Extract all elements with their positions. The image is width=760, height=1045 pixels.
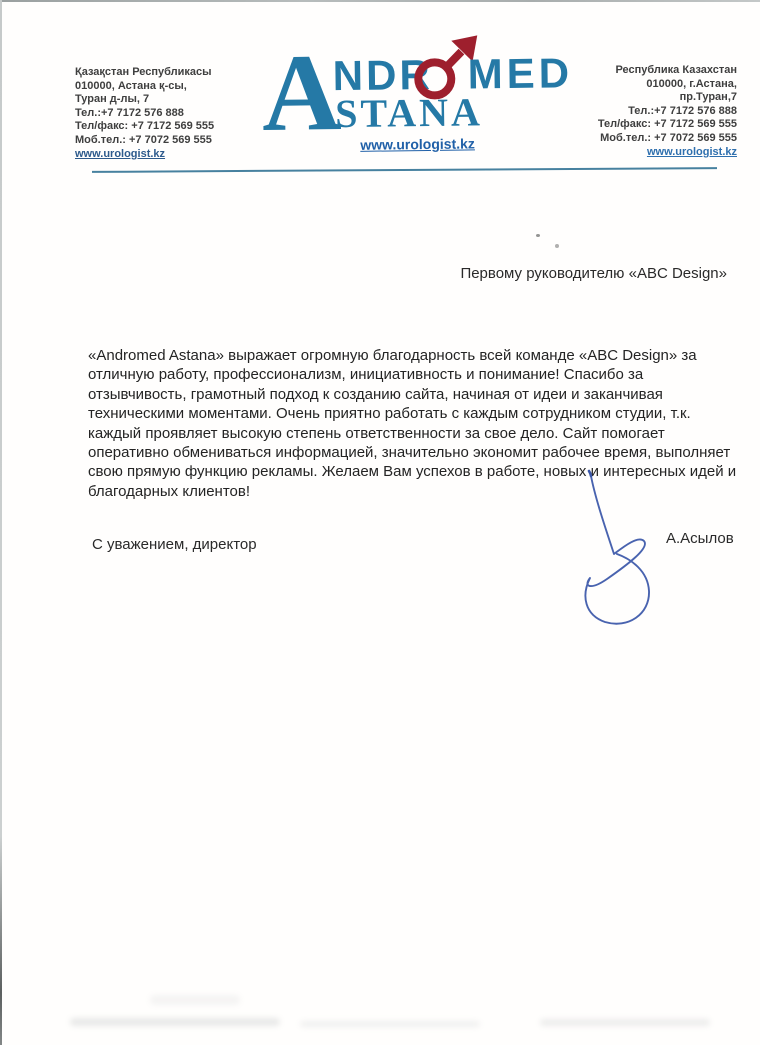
website-link: www.urologist.kz xyxy=(647,146,737,160)
body-line: «Andromed Astana» выражает огромную благ… xyxy=(88,346,736,365)
scan-smudge xyxy=(150,995,240,1005)
contact-line: Республика Казахстан xyxy=(598,64,737,78)
scan-smudge xyxy=(300,1021,480,1027)
contact-line: Қазақстан Республикасы xyxy=(75,66,214,80)
contact-line: Тел.:+7 7172 576 888 xyxy=(75,107,214,121)
header-divider-rule xyxy=(92,167,717,173)
body-line: отзывчивость, грамотный подход к создани… xyxy=(88,385,736,404)
contact-line: 010000, Астана қ-сы, xyxy=(75,80,214,94)
scan-speck xyxy=(536,234,540,237)
logo-initial: A xyxy=(261,37,342,148)
website-link: www.urologist.kz xyxy=(75,148,165,162)
contact-line: пр.Туран,7 xyxy=(598,91,737,105)
handwritten-signature xyxy=(575,463,675,638)
contact-line: Тел.:+7 7172 576 888 xyxy=(598,105,737,119)
signoff-line: С уважением, директор xyxy=(92,536,257,553)
body-line: отличную работу, профессионализм, инициа… xyxy=(88,365,736,384)
body-line: каждый проявляет высокую степень ответст… xyxy=(88,424,736,443)
contact-line: Тел/факс: +7 7172 569 555 xyxy=(75,120,214,134)
contact-line: Моб.тел.: +7 7072 569 555 xyxy=(598,132,737,146)
right-contact-block: Республика Казахстан 010000, г.Астана, п… xyxy=(598,64,737,160)
logo-word-med: MED xyxy=(467,52,573,95)
scan-smudge xyxy=(70,1018,280,1026)
scan-speck xyxy=(555,244,559,248)
contact-line: Тел/факс: +7 7172 569 555 xyxy=(598,118,737,132)
scan-smudge xyxy=(540,1019,710,1026)
andromed-astana-logo: A NDR MED STANA www.urologist.kz xyxy=(261,32,593,161)
body-line: оперативно обмениваться информацией, зна… xyxy=(88,443,736,462)
contact-line: 010000, г.Астана, xyxy=(598,78,737,92)
scan-edge-top xyxy=(0,0,760,2)
left-contact-block: Қазақстан Республикасы 010000, Астана қ-… xyxy=(75,66,214,162)
logo-word-stana: STANA xyxy=(335,92,483,134)
signer-name: А.Асылов xyxy=(666,530,734,547)
contact-line: Моб.тел.: +7 7072 569 555 xyxy=(75,134,214,148)
scanned-letter-page: Қазақстан Республикасы 010000, Астана қ-… xyxy=(0,0,760,1045)
body-line: техническими моментами. Очень приятно ра… xyxy=(88,404,736,423)
logo-website-link: www.urologist.kz xyxy=(322,135,512,153)
contact-line: Туран д-лы, 7 xyxy=(75,93,214,107)
addressee-line: Первому руководителю «ABC Design» xyxy=(460,265,727,282)
scan-edge-left xyxy=(0,0,2,1045)
